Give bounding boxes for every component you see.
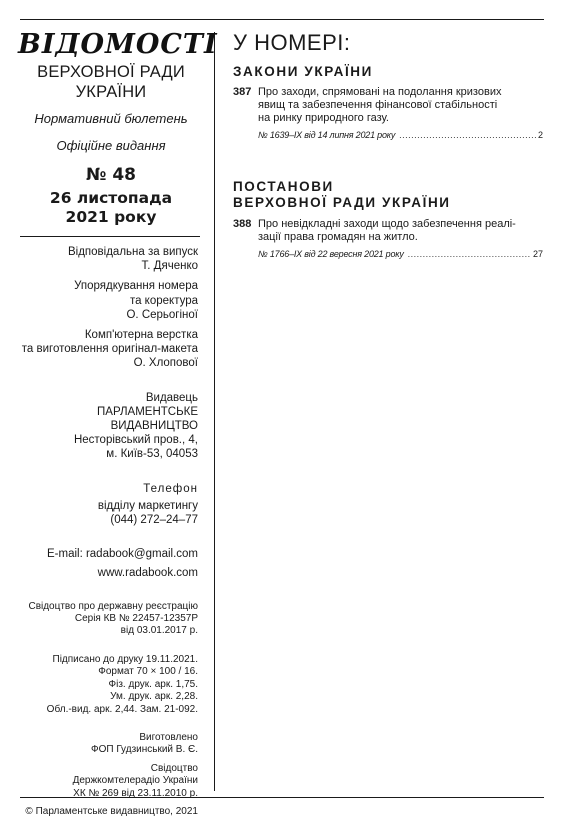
issue-date: 26 листопада 2021 року [18, 189, 204, 227]
phone-dept: відділу маркетингу [14, 499, 198, 513]
registration-line-2: Серія КВ № 22457-12357Р [14, 613, 198, 625]
section-heading-line-2: ВЕРХОВНОЇ РАДИ УКРАЇНИ [233, 195, 545, 211]
publisher-address-1: Несторівський пров., 4, [14, 433, 198, 447]
entry-reference-row: № 1639–IX від 14 липня 2021 року 2 [258, 129, 543, 141]
issue-date-line-1: 26 листопада [18, 189, 204, 208]
copyright: © Парламентське видавництво, 2021 [14, 806, 198, 818]
dot-leader [408, 248, 531, 260]
section-heading-laws: ЗАКОНИ УКРАЇНИ [233, 64, 545, 80]
imprint: Відповідальна за випуск Т. Дяченко Упоря… [14, 245, 198, 818]
registration-block: Свідоцтво про державну реєстрацію Серія … [14, 601, 198, 638]
entry-title: Про заходи, спрямовані на подолання криз… [258, 86, 508, 125]
subtitle-line-1: ВЕРХОВНОЇ РАДИ [18, 62, 204, 82]
toc-entry-388[interactable]: 388 Про невідкладні заходи щодо забезпеч… [233, 218, 545, 260]
responsible-block: Відповідальна за випуск Т. Дяченко [14, 245, 198, 273]
issue-date-line-2: 2021 року [18, 208, 204, 227]
certificate-block: Свідоцтво Держкомтелерадіо України ХК № … [14, 763, 198, 800]
print-signed: Підписано до друку 19.11.2021. [14, 654, 198, 666]
entry-number: 388 [233, 218, 258, 244]
ordering-name: О. Серьогіної [14, 308, 198, 322]
top-rule [20, 19, 544, 20]
entry-page-number: 27 [533, 248, 543, 260]
manufacturer-label: Виготовлено [14, 732, 198, 744]
phone-number: (044) 272–24–77 [14, 513, 198, 527]
section-heading-line-1: ПОСТАНОВИ [233, 179, 545, 195]
section-heading-line: ЗАКОНИ УКРАЇНИ [233, 64, 545, 80]
masthead-rule [20, 236, 200, 237]
entry-reference: № 1639–IX від 14 липня 2021 року [258, 129, 395, 141]
publication-logo: ВІДОМОСТІ [18, 30, 204, 60]
contact-block: E-mail: radabook@gmail.com www.radabook.… [14, 547, 198, 580]
email-link[interactable]: E-mail: radabook@gmail.com [14, 547, 198, 561]
bulletin-label: Нормативний бюлетень [18, 111, 204, 127]
toc-entry-387[interactable]: 387 Про заходи, спрямовані на подолання … [233, 86, 545, 141]
certificate-line-1: Свідоцтво [14, 763, 198, 775]
print-physical-sheets: Фіз. друк. арк. 1,75. [14, 679, 198, 691]
dot-leader [399, 129, 536, 141]
responsible-label: Відповідальна за випуск [14, 245, 198, 259]
manufacturer-block: Виготовлено ФОП Гудзинський В. Є. [14, 732, 198, 757]
layout-block: Комп'ютерна верстка та виготовлення ориг… [14, 328, 198, 371]
print-details-block: Підписано до друку 19.11.2021. Формат 70… [14, 654, 198, 716]
entry-reference: № 1766–IX від 22 вересня 2021 року [258, 248, 404, 260]
publication-subtitle: ВЕРХОВНОЇ РАДИ УКРАЇНИ [18, 62, 204, 102]
official-label: Офіційне видання [18, 138, 204, 154]
publisher-address-2: м. Київ-53, 04053 [14, 447, 198, 461]
website-link[interactable]: www.radabook.com [14, 566, 198, 580]
print-conventional-sheets: Ум. друк. арк. 2,28. [14, 691, 198, 703]
publisher-label: Видавець [14, 391, 198, 405]
phone-block: Телефон відділу маркетингу (044) 272–24–… [14, 482, 198, 528]
print-publishing-sheets: Обл.-вид. арк. 2,44. Зам. 21-092. [14, 704, 198, 716]
registration-line-1: Свідоцтво про державну реєстрацію [14, 601, 198, 613]
entry-reference-row: № 1766–IX від 22 вересня 2021 року 27 [258, 248, 543, 260]
publisher-block: Видавець ПАРЛАМЕНТСЬКЕ ВИДАВНИЦТВО Несто… [14, 391, 198, 462]
print-format: Формат 70 × 100 / 16. [14, 666, 198, 678]
toc-title: У НОМЕРІ: [233, 30, 545, 56]
entry-page-number: 2 [538, 129, 543, 141]
layout-name: О. Хлопової [14, 356, 198, 370]
publisher-name: ПАРЛАМЕНТСЬКЕ ВИДАВНИЦТВО [14, 405, 198, 433]
layout-label-1: Комп'ютерна верстка [14, 328, 198, 342]
entry-title: Про невідкладні заходи щодо забезпечення… [258, 218, 520, 244]
certificate-line-3: ХК № 269 від 23.11.2010 р. [14, 788, 198, 800]
certificate-line-2: Держкомтелерадіо України [14, 775, 198, 787]
ordering-label-2: та коректура [14, 294, 198, 308]
column-divider [214, 32, 215, 791]
responsible-name: Т. Дяченко [14, 259, 198, 273]
subtitle-line-2: УКРАЇНИ [18, 82, 204, 102]
issue-number: № 48 [18, 165, 204, 185]
ordering-block: Упорядкування номера та коректура О. Сер… [14, 279, 198, 322]
registration-line-3: від 03.01.2017 р. [14, 625, 198, 637]
phone-label: Телефон [14, 482, 198, 496]
layout-label-2: та виготовлення оригінал-макета [14, 342, 198, 356]
masthead: ВІДОМОСТІ ВЕРХОВНОЇ РАДИ УКРАЇНИ Нормати… [18, 30, 204, 227]
entry-number: 387 [233, 86, 258, 125]
manufacturer-name: ФОП Гудзинський В. Є. [14, 744, 198, 756]
section-heading-resolutions: ПОСТАНОВИ ВЕРХОВНОЇ РАДИ УКРАЇНИ [233, 179, 545, 211]
ordering-label-1: Упорядкування номера [14, 279, 198, 293]
